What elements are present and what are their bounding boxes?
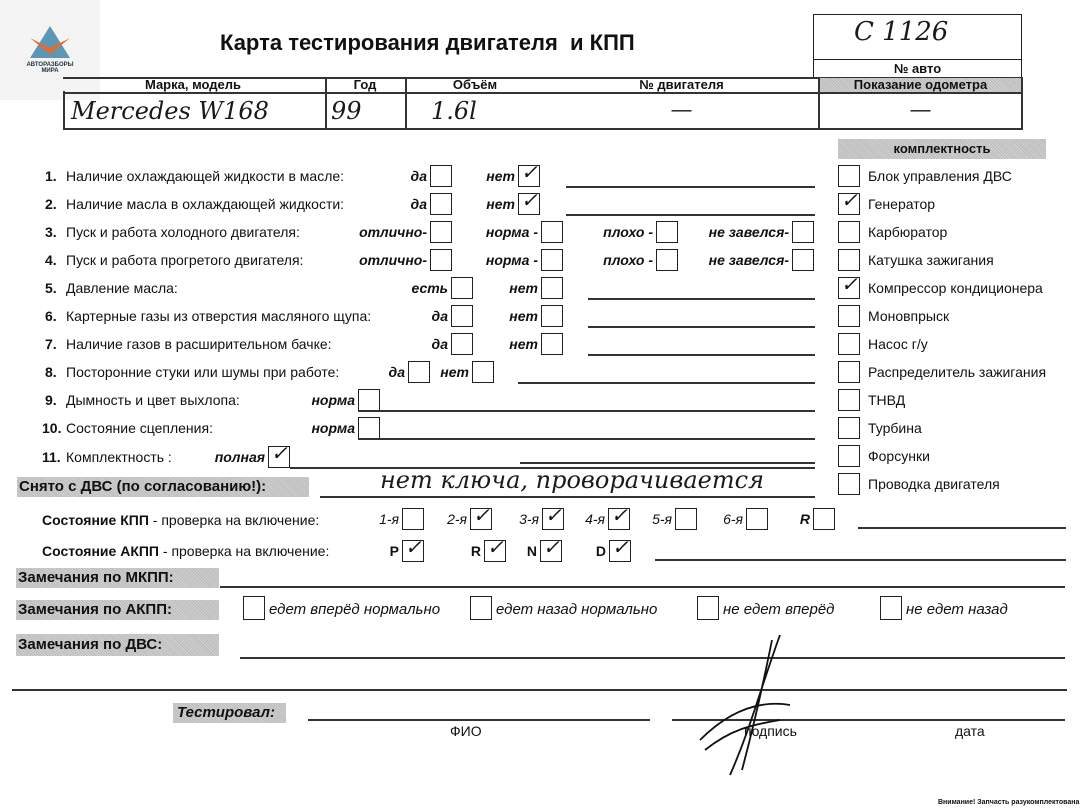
- check-mark-icon: ✓: [611, 503, 628, 527]
- completeness-item-label: Проводка двигателя: [868, 476, 1000, 492]
- gear-checkbox[interactable]: ✓: [402, 540, 424, 562]
- checkbox[interactable]: [430, 249, 452, 271]
- option-label: да: [432, 308, 448, 324]
- fio-label: ФИО: [450, 723, 482, 739]
- completeness-item-label: Распределитель зажигания: [868, 364, 1046, 380]
- notes-line[interactable]: [588, 354, 815, 356]
- page-title: Карта тестирования двигателя и КПП: [220, 30, 635, 56]
- option-label: есть: [411, 280, 448, 296]
- option-label: нет: [486, 168, 515, 184]
- check-label: Комплектность :: [66, 449, 172, 465]
- akpp-remark-checkbox[interactable]: [470, 596, 492, 620]
- check-label: Картерные газы из отверстия масляного щу…: [66, 308, 371, 324]
- gear-checkbox[interactable]: [746, 508, 768, 530]
- check-mark-icon: ✓: [473, 503, 490, 527]
- mkpp-remarks-label: Замечания по МКПП:: [16, 568, 219, 588]
- completeness-item-label: Генератор: [868, 196, 935, 212]
- gear-checkbox[interactable]: [813, 508, 835, 530]
- option-label: отлично-: [359, 252, 427, 268]
- check-label: Наличие масла в охлаждающей жидкости:: [66, 196, 344, 212]
- checkbox[interactable]: [430, 221, 452, 243]
- option-label: да: [432, 336, 448, 352]
- gear-checkbox[interactable]: ✓: [470, 508, 492, 530]
- option-label: да: [389, 364, 405, 380]
- completeness-item-label: Форсунки: [868, 448, 930, 464]
- logo-text: АВТОРАЗБОРЫ МИРА: [0, 62, 100, 74]
- checkbox[interactable]: ✓: [518, 193, 540, 215]
- akpp-remarks-label: Замечания по АКПП:: [16, 600, 219, 620]
- notes-line[interactable]: [518, 382, 815, 384]
- option-label: норма -: [486, 252, 538, 268]
- kpp-label: Состояние КПП - проверка на включение:: [42, 512, 319, 528]
- notes-line[interactable]: [588, 298, 815, 300]
- fio-line[interactable]: [308, 719, 650, 721]
- check-label: Наличие газов в расширительном бачке:: [66, 336, 332, 352]
- checkbox[interactable]: [430, 165, 452, 187]
- option-label: нет: [486, 196, 515, 212]
- checkbox[interactable]: [838, 417, 860, 439]
- akpp-remark-label: не едет вперёд: [723, 601, 834, 618]
- check-label: Давление масла:: [66, 280, 178, 296]
- gear-checkbox[interactable]: ✓: [608, 508, 630, 530]
- checkbox[interactable]: [656, 221, 678, 243]
- checkbox[interactable]: [838, 221, 860, 243]
- car-number-value[interactable]: C 1126: [854, 17, 948, 47]
- check-number: 10.: [42, 420, 61, 436]
- completeness-item-label: Блок управления ДВС: [868, 168, 1012, 184]
- notes-line[interactable]: [566, 186, 815, 188]
- gear-label: R: [471, 543, 481, 559]
- tested-by-label: Тестировал:: [173, 703, 286, 723]
- dvs-remarks-label: Замечания по ДВС:: [16, 634, 219, 656]
- col-brand-model: Марка, модель: [123, 77, 263, 92]
- gear-checkbox[interactable]: [402, 508, 424, 530]
- odometer-value[interactable]: —: [818, 99, 1023, 122]
- check-mark-icon: ✓: [405, 535, 422, 559]
- car-number-box: C 1126 № авто: [813, 14, 1022, 78]
- notes-line[interactable]: [358, 438, 815, 440]
- checkbox[interactable]: [358, 389, 380, 411]
- brand-model-value[interactable]: Mercedes W168: [71, 97, 269, 125]
- gear-checkbox[interactable]: ✓: [540, 540, 562, 562]
- checkbox[interactable]: [358, 417, 380, 439]
- check-number: 8.: [45, 364, 57, 380]
- option-label: норма -: [486, 224, 538, 240]
- year-value[interactable]: 99: [331, 97, 362, 125]
- check-mark-icon: ✓: [487, 535, 504, 559]
- checkbox[interactable]: [408, 361, 430, 383]
- checkbox[interactable]: [838, 361, 860, 383]
- option-label: нет: [509, 308, 538, 324]
- col-odometer: Показание одометра: [818, 77, 1023, 92]
- gear-label: 2-я: [447, 511, 467, 527]
- gear-label: 6-я: [723, 511, 743, 527]
- option-label: норма: [311, 420, 355, 436]
- signature-scribble: [690, 630, 800, 780]
- completeness-item-label: ТНВД: [868, 392, 905, 408]
- checkbox[interactable]: [838, 389, 860, 411]
- checkbox[interactable]: [451, 333, 473, 355]
- akpp-remark-checkbox[interactable]: [243, 596, 265, 620]
- checkbox[interactable]: [430, 193, 452, 215]
- volume-value[interactable]: 1.6l: [431, 97, 477, 125]
- check-mark-icon: ✓: [521, 188, 538, 212]
- completeness-item-label: Насос г/у: [868, 336, 928, 352]
- logo-icon: [28, 24, 72, 60]
- check-mark-icon: ✓: [612, 535, 629, 559]
- checkbox[interactable]: [838, 333, 860, 355]
- checkbox[interactable]: [541, 249, 563, 271]
- checkbox[interactable]: ✓: [838, 193, 860, 215]
- option-label: нет: [440, 364, 469, 380]
- checkbox[interactable]: [838, 445, 860, 467]
- completeness-title: комплектность: [838, 139, 1046, 159]
- gear-label: R: [800, 511, 810, 527]
- checkbox[interactable]: [541, 333, 563, 355]
- check-label: Дымность и цвет выхлопа:: [66, 392, 240, 408]
- gear-label: N: [527, 543, 537, 559]
- option-label: плохо -: [603, 224, 653, 240]
- option-label: не завелся-: [709, 252, 789, 268]
- col-volume: Объём: [405, 77, 545, 92]
- check-number: 5.: [45, 280, 57, 296]
- option-label: плохо -: [603, 252, 653, 268]
- header-table: Марка, модель Год Объём № двигателя Пока…: [63, 77, 1023, 129]
- engine-no-value[interactable]: —: [545, 99, 818, 122]
- col-engine-no: № двигателя: [545, 77, 818, 92]
- check-mark-icon: ✓: [271, 441, 288, 465]
- check-mark-icon: ✓: [543, 535, 560, 559]
- akpp-remark-label: едет назад нормально: [496, 601, 657, 618]
- check-number: 6.: [45, 308, 57, 324]
- checkbox[interactable]: [838, 249, 860, 271]
- col-year: Год: [325, 77, 405, 92]
- akpp-label: Состояние АКПП - проверка на включение:: [42, 543, 329, 559]
- check-number: 7.: [45, 336, 57, 352]
- date-line[interactable]: [878, 719, 1065, 721]
- car-number-label: № авто: [814, 59, 1021, 76]
- option-label: не завелся-: [709, 224, 789, 240]
- option-label: да: [411, 196, 427, 212]
- checkbox[interactable]: [838, 165, 860, 187]
- checkbox[interactable]: [541, 305, 563, 327]
- warning-text: Внимание! Запчасть разукомплектована!: [938, 799, 1080, 806]
- notes-line[interactable]: [588, 326, 815, 328]
- checkbox[interactable]: ✓: [838, 277, 860, 299]
- option-label: полная: [215, 449, 265, 465]
- removed-label: Снято с ДВС (по согласованию!):: [17, 477, 309, 497]
- notes-line[interactable]: [566, 214, 815, 216]
- check-number: 4.: [45, 252, 57, 268]
- checkbox[interactable]: [656, 249, 678, 271]
- akpp-remark-label: едет вперёд нормально: [269, 601, 440, 618]
- check-mark-icon: ✓: [545, 503, 562, 527]
- checkbox[interactable]: [838, 473, 860, 495]
- check-mark-icon: ✓: [841, 272, 858, 296]
- akpp-remark-checkbox[interactable]: [697, 596, 719, 620]
- checkbox[interactable]: [541, 277, 563, 299]
- check-label: Наличие охлаждающей жидкости в масле:: [66, 168, 344, 184]
- check-mark-icon: ✓: [841, 188, 858, 212]
- gear-label: 3-я: [519, 511, 539, 527]
- check-label: Пуск и работа прогретого двигателя:: [66, 252, 303, 268]
- akpp-remark-label: не едет назад: [906, 601, 1008, 618]
- option-label: нет: [509, 280, 538, 296]
- gear-label: 1-я: [379, 511, 399, 527]
- check-number: 2.: [45, 196, 57, 212]
- check-number: 3.: [45, 224, 57, 240]
- date-label: дата: [955, 723, 985, 739]
- check-mark-icon: ✓: [521, 160, 538, 184]
- check-number: 9.: [45, 392, 57, 408]
- gear-checkbox[interactable]: ✓: [542, 508, 564, 530]
- gear-checkbox[interactable]: ✓: [484, 540, 506, 562]
- gear-label: 5-я: [652, 511, 672, 527]
- gear-label: 4-я: [585, 511, 605, 527]
- check-label: Состояние сцепления:: [66, 420, 213, 436]
- checkbox[interactable]: [451, 305, 473, 327]
- option-label: да: [411, 168, 427, 184]
- checkbox[interactable]: ✓: [518, 165, 540, 187]
- check-label: Пуск и работа холодного двигателя:: [66, 224, 300, 240]
- option-label: норма: [311, 392, 355, 408]
- gear-checkbox[interactable]: ✓: [609, 540, 631, 562]
- completeness-item-label: Карбюратор: [868, 224, 947, 240]
- checkbox[interactable]: ✓: [268, 446, 290, 468]
- completeness-item-label: Катушка зажигания: [868, 252, 994, 268]
- checkbox[interactable]: [472, 361, 494, 383]
- checkbox[interactable]: [541, 221, 563, 243]
- gear-checkbox[interactable]: [675, 508, 697, 530]
- option-label: нет: [509, 336, 538, 352]
- completeness-item-label: Турбина: [868, 420, 922, 436]
- check-number: 1.: [45, 168, 57, 184]
- check-number: 11.: [42, 449, 61, 465]
- completeness-item-label: Компрессор кондиционера: [868, 280, 1043, 296]
- checkbox[interactable]: [792, 221, 814, 243]
- checkbox[interactable]: [792, 249, 814, 271]
- removed-value[interactable]: нет ключа, проворачивается: [380, 466, 764, 494]
- completeness-item-label: Моновпрыск: [868, 308, 949, 324]
- akpp-remark-checkbox[interactable]: [880, 596, 902, 620]
- notes-line[interactable]: [358, 410, 815, 412]
- gear-label: D: [596, 543, 606, 559]
- option-label: отлично-: [359, 224, 427, 240]
- gear-label: P: [390, 543, 399, 559]
- checkbox[interactable]: [451, 277, 473, 299]
- check-label: Посторонние стуки или шумы при работе:: [66, 364, 339, 380]
- checkbox[interactable]: [838, 305, 860, 327]
